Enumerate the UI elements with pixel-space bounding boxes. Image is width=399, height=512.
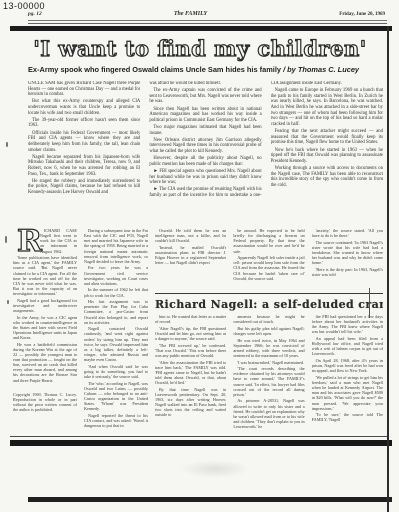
paragraph: In the Army, he was a CIC agent who work… xyxy=(13,315,77,341)
issue-date: Friday, June 20, 1969 xyxy=(339,12,385,17)
secondary-headline-text: Richard Nagell: a self-deluded crank xyxy=(155,298,383,311)
paragraph: CIA assignment inside East Germany. xyxy=(271,81,383,87)
publication-name: The FAMILY xyxy=(174,11,207,17)
article2-column-4-upper: be around. He expected to be held briefl… xyxy=(233,228,304,289)
main-headline: 'I want to find my children' xyxy=(14,36,386,61)
paragraph: 'To be sure,' the source told The FAMILY… xyxy=(312,412,383,422)
article2-section: RICHARD CASE Nagell first went to work f… xyxy=(13,228,383,435)
paragraph: 'Instead, he mailed Oswald's assassinati… xyxy=(155,245,226,266)
scan-speck xyxy=(6,142,8,147)
masthead-rule xyxy=(28,20,387,24)
paragraph: amnesia because he might be considered o… xyxy=(233,314,304,324)
paragraph: But what this ex-Army counterspy and all… xyxy=(28,99,140,116)
paragraph: 'Some publications have identified him a… xyxy=(13,255,77,296)
subhead-text: Ex-Army spook who fingered Oswald claims… xyxy=(28,65,283,74)
paragraph: 'And when Oswald said he was going to do… xyxy=(84,364,148,379)
paragraph: Two major magazines intimated that Nagel… xyxy=(149,125,261,136)
paragraph: The 39-year-old former officer hasn't se… xyxy=(28,118,140,129)
secondary-headline: Richard Nagell: a self-deluded crank or xyxy=(155,293,383,314)
paragraph: As prisoner A-28531, Nagell was allowed … xyxy=(233,398,304,429)
paragraph: 'The FBI screwed up,' he confessed. 'Tha… xyxy=(155,343,226,358)
scan-speck xyxy=(5,236,7,243)
subhead: Ex-Army spook who fingered Oswald claims… xyxy=(28,65,379,74)
page-number: pg. 12 xyxy=(28,11,42,17)
article1-column-2: was afraid he would be killed himself.Th… xyxy=(149,81,261,197)
bottom-black-bar-1 xyxy=(10,440,392,446)
paragraph: For two years he was a Government civil … xyxy=(84,265,148,286)
scanned-newspaper-page: { "stamp": "13-00000", "masthead": { "pa… xyxy=(0,0,399,512)
article2-column-1-body: 'Some publications have identified him a… xyxy=(13,255,77,383)
paragraph: Working through a source with access to … xyxy=(271,166,383,189)
article2-lead-paragraph: RICHARD CASE Nagell first went to work f… xyxy=(13,228,77,254)
paragraph: But his guilty plea told against Nagell:… xyxy=(233,326,304,336)
article2-column-5-upper: 'anxiety,' the source stated. 'All you h… xyxy=(312,228,383,289)
paragraph: 'After the assassination the FBI tried t… xyxy=(155,360,226,386)
paragraph: Now he's back where he started in 1963 —… xyxy=(271,148,383,165)
paragraph: The source continued: 'In 1963 Nagell's … xyxy=(312,240,383,266)
paragraph: Officials inside his Federal Government … xyxy=(28,131,140,154)
paragraph: He was tried twice, in May 1964 and Sept… xyxy=(233,338,304,359)
paragraph: An appeal had been filed from a Hollywoo… xyxy=(312,336,383,357)
article1-column-1: UNCLE SAM has given Richard Case Nagell … xyxy=(28,81,140,197)
paragraph: Nagell reported the threat to his CIA co… xyxy=(84,413,148,428)
article2-column-5-lower: the FBI had questioned her a few days be… xyxy=(312,314,383,435)
paragraph: 'After Nagell's tip, the FBI questioned … xyxy=(155,326,226,341)
paragraph: 'We pulled a lot of strings to get him h… xyxy=(312,375,383,411)
article2-right-block: Oswald. He told them he was an intellige… xyxy=(155,228,383,435)
article2-lower-row: him to. He wanted that letter as a matte… xyxy=(155,314,383,435)
lead-text: ICHARD CASE Nagell first went to work fo… xyxy=(40,228,77,254)
paragraph: He won a battlefield commission during t… xyxy=(13,342,77,383)
scan-smudge xyxy=(180,460,250,478)
drop-cap: R xyxy=(13,229,37,255)
bottom-black-bar-2 xyxy=(28,497,392,502)
article2-column-2: During a subsequent tour in the Far East… xyxy=(84,228,148,435)
article2-column-3-lower: him to. He wanted that letter as a matte… xyxy=(155,314,226,435)
paragraph: On April 28, 1968, after 4½ years in pri… xyxy=(312,358,383,373)
paragraph: him to. He wanted that letter as a matte… xyxy=(155,314,226,324)
masthead: pg. 12 The FAMILY Friday, June 20, 1969 xyxy=(28,11,385,17)
paragraph: 'The court records describing the eviden… xyxy=(233,366,304,397)
paragraph: The ex-Army captain was convicted of the… xyxy=(149,88,261,105)
paragraph: 'I was brainwashed,' Nagell maintained. xyxy=(233,360,304,365)
scan-speck xyxy=(7,300,9,304)
copyright-notice: Copyright 1969, Thomas C. Lucey. Reprodu… xyxy=(13,390,77,413)
article2-column-1: RICHARD CASE Nagell first went to work f… xyxy=(13,228,77,435)
right-edge-line xyxy=(387,26,389,512)
page-crease-line xyxy=(369,288,370,318)
paragraph: UNCLE SAM has given Richard Case Nagell … xyxy=(28,81,140,98)
paragraph: ► FBI special agents who questioned Mrs.… xyxy=(149,169,261,186)
paragraph: ► The CIA used the promise of reuniting … xyxy=(149,187,261,197)
paragraph: 'anxiety,' the source stated. 'All you h… xyxy=(312,228,383,238)
paragraph: Oswald. He told them he was an intellige… xyxy=(155,228,226,243)
paragraph: Nagell had a good background for investi… xyxy=(13,298,77,313)
paragraph: Fearing that the next attacker might suc… xyxy=(271,129,383,146)
paragraph: be around. He expected to be held briefl… xyxy=(233,228,304,254)
paragraph: He staged the robbery and immediately su… xyxy=(28,179,140,196)
paragraph: During a subsequent tour in the Far East… xyxy=(84,228,148,264)
article2-column-4-lower: amnesia because he might be considered o… xyxy=(233,314,304,435)
paragraph: Apparently Nagell felt safer inside a ja… xyxy=(233,255,304,281)
paragraph: New Orleans district attorney Jim Garris… xyxy=(149,138,261,155)
top-black-bar xyxy=(10,26,392,31)
paragraph: Nagell contacted Oswald cautiously, 'and… xyxy=(84,326,148,362)
bottom-thin-rule xyxy=(10,436,389,437)
paragraph: 'Here is the dirty part: In 1963, Nagell… xyxy=(312,267,383,277)
article2-column-3-upper: Oswald. He told them he was an intellige… xyxy=(155,228,226,289)
paragraph: Since then Nagell has been written about… xyxy=(149,107,261,124)
paragraph: Nagell came to Europe in February 1969 o… xyxy=(271,88,383,127)
article2-upper-row: Oswald. He told them he was an intellige… xyxy=(155,228,383,289)
paragraph: The 'who,' according to Nagell, was Oswa… xyxy=(84,381,148,412)
article1-columns: UNCLE SAM has given Richard Case Nagell … xyxy=(28,81,383,197)
paragraph: Nagell became separated from his Japanes… xyxy=(28,155,140,178)
paragraph: was afraid he would be killed himself. xyxy=(149,81,261,87)
paragraph: By that time Nagell was in Leavenworth p… xyxy=(155,387,226,418)
paragraph: In the summer of 1962 he left that job t… xyxy=(84,287,148,297)
paragraph: the FBI had questioned her a few days be… xyxy=(312,314,383,335)
byline: / by Thomas C. Lucey xyxy=(283,65,359,74)
paragraph: However, despite all the publicity about… xyxy=(149,156,261,167)
document-id-stamp: 13-00000 xyxy=(3,1,45,11)
article1-column-3: CIA assignment inside East Germany.Nagel… xyxy=(271,81,383,197)
paragraph: His last assignment was to penetrate the… xyxy=(84,299,148,325)
